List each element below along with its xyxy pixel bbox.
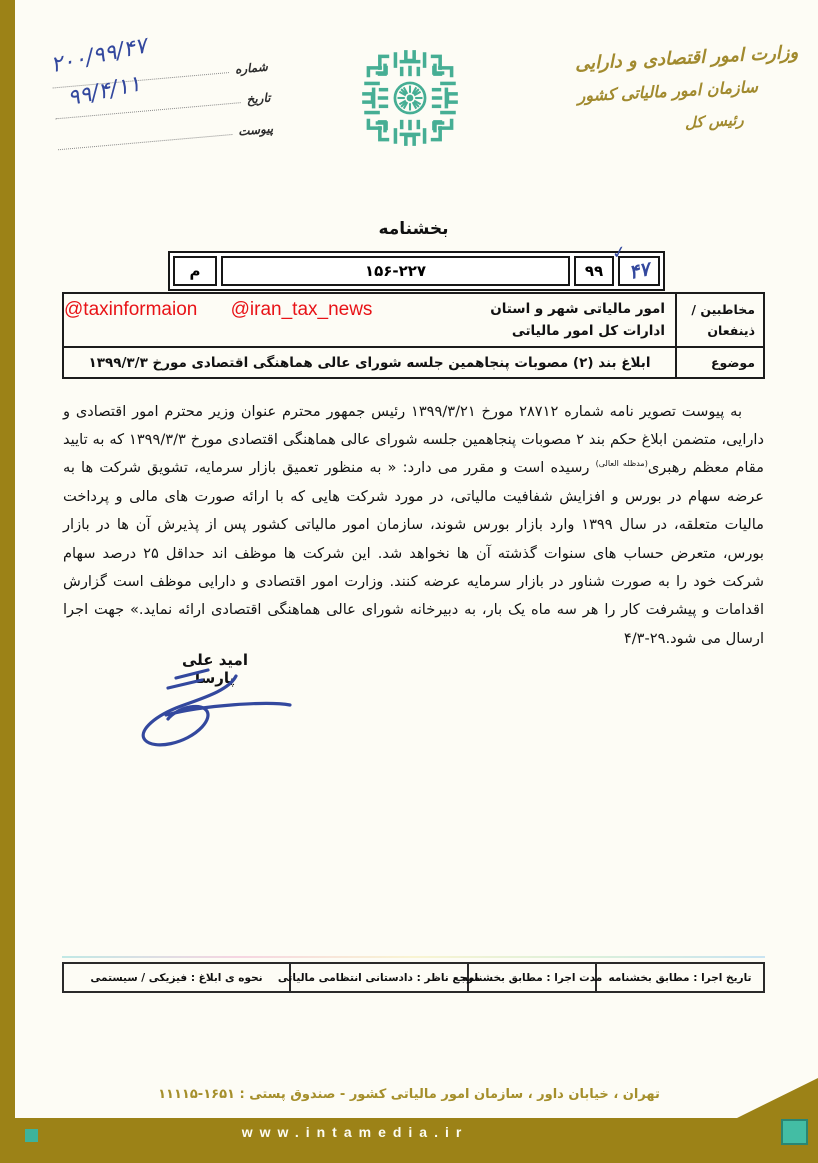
handwritten-signature xyxy=(130,664,310,756)
classification-code-strip: ۴۷ ✓ ۹۹ ۱۵۶-۲۲۷ م xyxy=(168,251,665,291)
related-articles-box: ۱۵۶-۲۲۷ xyxy=(221,256,570,286)
inta-emblem-logo-icon xyxy=(356,46,464,150)
year-value: ۹۹ xyxy=(585,262,603,280)
subject-content: ابلاغ بند (۲) مصوبات پنجاهمین جلسه شورای… xyxy=(64,348,675,377)
footer-postal-address: تهران ، خیابان داور ، سازمان امور مالیات… xyxy=(0,1087,818,1102)
page-gold-left-border xyxy=(0,0,15,1163)
date-label: تاریخ xyxy=(246,90,273,106)
document-type-box: م xyxy=(173,256,217,286)
handwritten-serial-number: ۴۷ xyxy=(627,258,652,284)
serial-number-box: ۴۷ ✓ xyxy=(618,256,660,286)
watermark-handle-1: @taxinformaion xyxy=(64,299,197,320)
addressees-label: مخاطبین / ذینفعان xyxy=(675,294,763,346)
document-title: بخشنامه xyxy=(62,219,765,239)
notification-method-cell: نحوه ی ابلاغ : فیزیکی / سیستمی xyxy=(64,964,289,991)
attachment-label: پیوست xyxy=(238,121,276,138)
execution-duration-cell: مدت اجرا : مطابق بخشنامه xyxy=(467,964,595,991)
subject-row: موضوع ابلاغ بند (۲) مصوبات پنجاهمین جلسه… xyxy=(64,346,763,377)
scan-artifact-line xyxy=(62,956,765,958)
attachment-dotted-line xyxy=(58,133,233,150)
reference-block: ۲۰۰/۹۹/۴۷ ۹۹/۴/۱۱ شماره تاریخ پیوست xyxy=(48,43,275,155)
execution-info-table: تاریخ اجرا : مطابق بخشنامه مدت اجرا : مط… xyxy=(62,962,765,993)
document-type-value: م xyxy=(190,262,201,280)
honorific-superscript: (مدظله العالی) xyxy=(596,460,648,469)
watermark-social-handles: @taxinformaion @iran_tax_news xyxy=(64,299,400,321)
body-text-part-2: رسیده است و مقرر می دارد: « به منظور تعم… xyxy=(63,459,764,646)
circular-body-paragraph: به پیوست تصویر نامه شماره ۲۸۷۱۲ مورخ ۱۳۹… xyxy=(63,398,764,654)
footer-website-url: www.intamedia.ir xyxy=(95,1124,615,1140)
addressees-line-2: ادارات کل امور مالیاتی xyxy=(74,320,665,342)
teal-square-decor-right xyxy=(781,1119,808,1145)
execution-date-cell: تاریخ اجرا : مطابق بخشنامه xyxy=(595,964,763,991)
year-box: ۹۹ xyxy=(574,256,614,286)
supervisory-authority-cell: مرجع ناظر : دادستانی انتظامی مالیاتی xyxy=(289,964,467,991)
number-label: شماره xyxy=(234,60,270,77)
subject-label: موضوع xyxy=(675,348,763,377)
letterhead-ministry-block: وزارت امور اقتصادی و دارایی سازمان امور … xyxy=(523,37,803,147)
circular-document-page: وزارت امور اقتصادی و دارایی سازمان امور … xyxy=(0,0,818,1163)
watermark-handle-2: @iran_tax_news xyxy=(231,299,373,320)
teal-square-decor-left xyxy=(25,1129,38,1142)
related-articles-value: ۱۵۶-۲۲۷ xyxy=(365,262,426,280)
